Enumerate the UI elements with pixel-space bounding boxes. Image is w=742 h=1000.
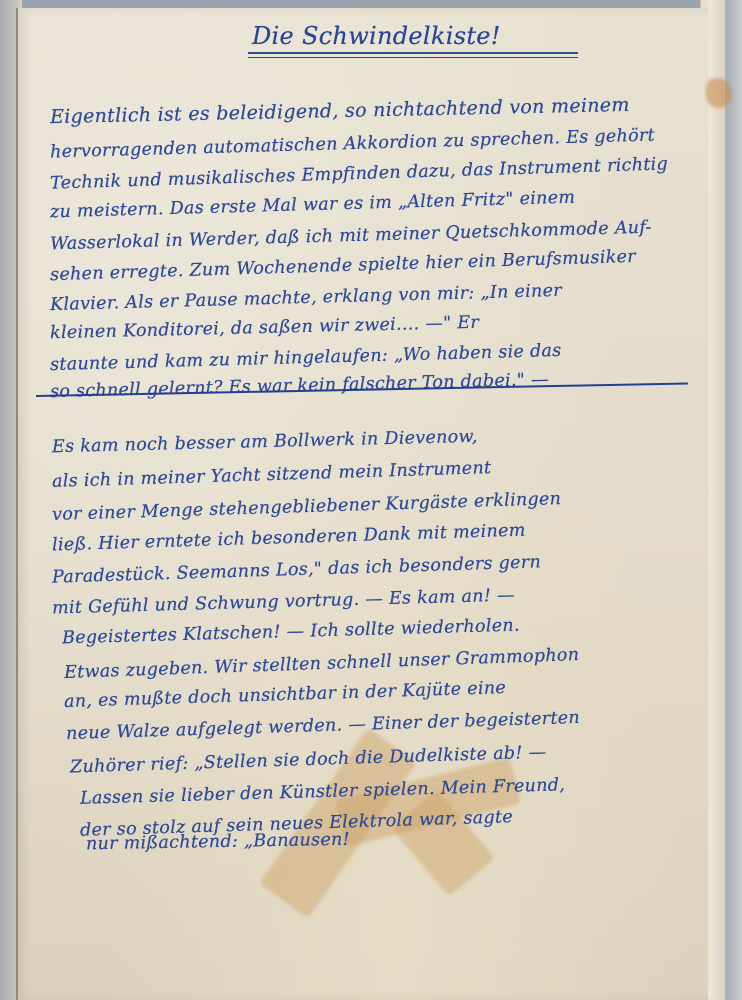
title-underline (248, 52, 578, 58)
edge-stain (706, 78, 732, 108)
page-title: Die Schwindelkiste! (252, 22, 501, 50)
